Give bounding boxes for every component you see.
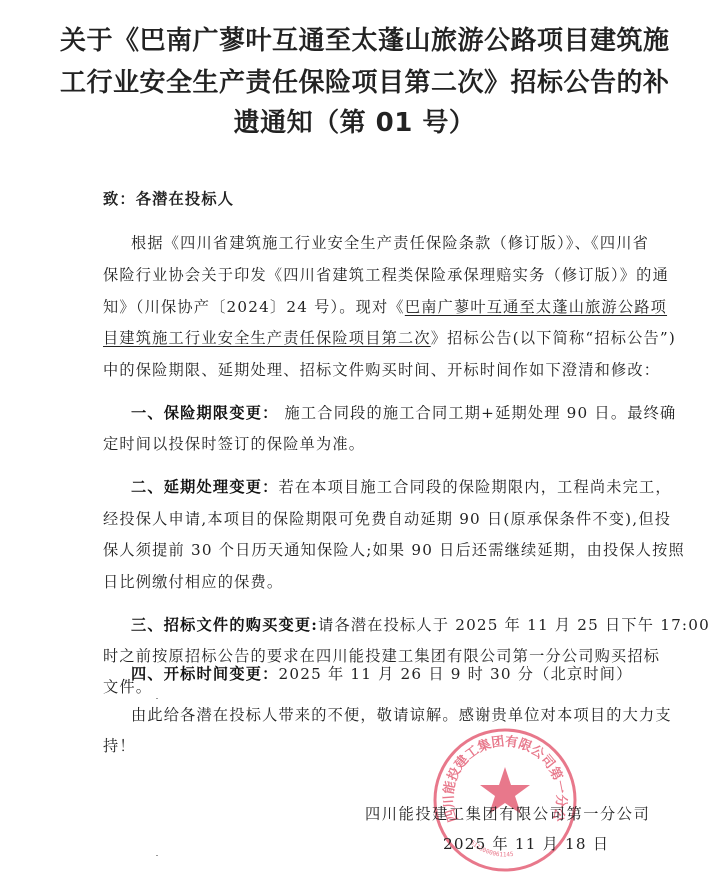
section-2-text: 若在本项目施工合同段的保险期限内，工程尚未完工， [279, 478, 672, 496]
closing-line-1: 由此给各潜在投标人带来的不便，敬请谅解。感谢贵单位对本项目的大力支 [131, 705, 613, 725]
section-2-line-3: 保人须提前 30 个日历天通知保险人;如果 90 日后还需继续延期，由投保人按照 [103, 540, 613, 560]
document-title-line-2: 工行业安全生产责任保险项目第二次》招标公告的补 [60, 62, 649, 99]
intro-line-1: 根据《四川省建筑施工行业安全生产责任保险条款（修订版）》、《四川省 [131, 233, 613, 253]
section-1-heading: 一、保险期限变更： [131, 404, 279, 422]
intro-line-4: 目建筑施工行业安全生产责任保险项目第二次》招标公告(以下简称“招标公告”) [103, 328, 613, 348]
scan-speck [156, 698, 158, 699]
document-title-line-3: 遗通知（第 01 号） [60, 102, 649, 139]
intro-line-5: 中的保险期限、延期处理、招标文件购买时间、开标时间作如下澄清和修改： [103, 360, 613, 380]
section-4-container: 四、开标时间变更：2025 年 11 月 26 日 9 时 30 分（北京时间） [131, 664, 613, 684]
intro-line-2: 保险行业协会关于印发《四川省建筑工程类保险承保理赔实务（修订版）》的通 [103, 265, 613, 285]
document-title-line-1: 关于《巴南广蓼叶互通至太蓬山旅游公路项目建筑施 [60, 20, 649, 57]
project-name-underlined-part-1: 巴南广蓼叶互通至太蓬山旅游公路项 [405, 298, 667, 316]
intro-line-3-text: 知》（川保协产〔2024〕24 号）。现对《 [103, 298, 405, 316]
section-3-heading: 三、招标文件的购买变更: [131, 616, 318, 634]
section-3-text: 请各潜在投标人于 2025 年 11 月 25 日下午 17:00 [318, 616, 709, 634]
document-page: 关于《巴南广蓼叶互通至太蓬山旅游公路项目建筑施 工行业安全生产责任保险项目第二次… [0, 0, 709, 880]
section-4-text: 2025 年 11 月 26 日 9 时 30 分（北京时间） [279, 665, 633, 683]
project-name-underlined-part-2: 目建筑施工行业安全生产责任保险项目第二次 [103, 329, 431, 347]
salutation: 致：各潜在投标人 [103, 188, 234, 209]
scan-speck [156, 855, 158, 856]
section-3-line-1: 三、招标文件的购买变更:请各潜在投标人于 2025 年 11 月 25 日下午 … [131, 615, 613, 635]
section-1-line-2: 定时间以投保时签订的保险单为准。 [103, 434, 613, 454]
signature-organization: 四川能投建工集团有限公司第一分公司 [365, 803, 650, 824]
section-4-heading: 四、开标时间变更： [131, 665, 279, 683]
signature-date: 2025 年 11 月 18 日 [443, 833, 609, 854]
section-2-line-1: 二、延期处理变更：若在本项目施工合同段的保险期限内，工程尚未完工， [131, 477, 613, 497]
intro-line-4-text: 》招标公告(以下简称“招标公告”) [431, 329, 676, 347]
section-1-line-1: 一、保险期限变更： 施工合同段的施工合同工期+延期处理 90 日。最终确 [131, 403, 613, 423]
section-2-line-2: 经投保人申请,本项目的保险期限可免费自动延期 90 日(原承保条件不变),但投 [103, 509, 613, 529]
section-1-text: 施工合同段的施工合同工期+延期处理 90 日。最终确 [279, 404, 677, 422]
section-2-heading: 二、延期处理变更： [131, 478, 279, 496]
intro-line-3: 知》（川保协产〔2024〕24 号）。现对《巴南广蓼叶互通至太蓬山旅游公路项 [103, 297, 613, 317]
closing-line-2: 持！ [103, 736, 613, 756]
section-3-line-2: 时之前按原招标公告的要求在四川能投建工集团有限公司第一分公司购买招标 [103, 646, 613, 666]
section-2-line-4: 日比例缴付相应的保费。 [103, 572, 613, 592]
